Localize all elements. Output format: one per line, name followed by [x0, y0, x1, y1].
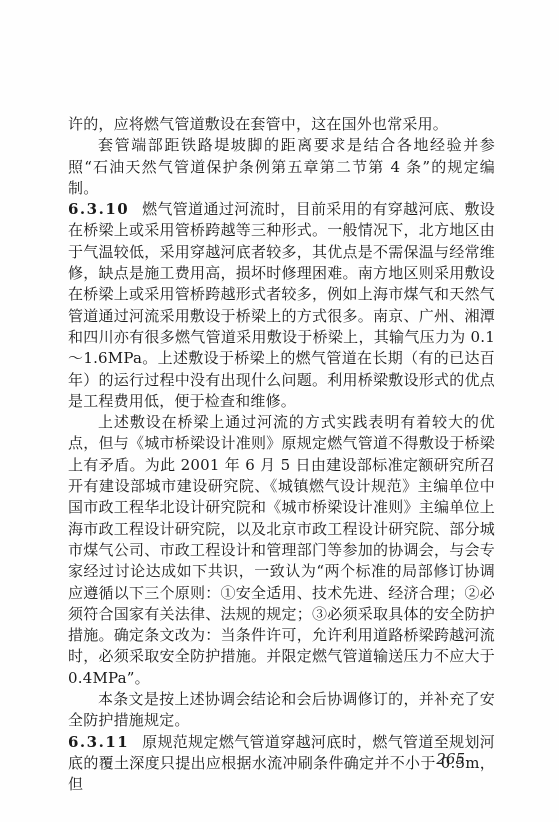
paragraph-coordination-meeting: 上述敷设在桥梁上通过河流的方式实践表明有着较大的优点，但与《城市桥梁设计准则》原…: [68, 412, 495, 689]
paragraph-casing-distance: 套管端部距铁路堤坡脚的距离要求是结合各地经验并参照“石油天然气管道保护条例第五章…: [68, 135, 495, 199]
text-block: 许的，应将燃气管道敷设在套管中，这在国外也常采用。 套管端部距铁路堤坡脚的距离要…: [68, 114, 495, 796]
clause-number-6-3-11: 6.3.11: [68, 733, 129, 751]
clause-text-6-3-11: 原规范规定燃气管道穿越河底时，燃气管道至规划河底的覆土深度只提出应根据水流冲刷条…: [68, 733, 495, 794]
paragraph-continuation: 许的，应将燃气管道敷设在套管中，这在国外也常采用。: [68, 114, 495, 135]
document-page: 许的，应将燃气管道敷设在套管中，这在国外也常采用。 套管端部距铁路堤坡脚的距离要…: [0, 0, 559, 822]
clause-number-6-3-10: 6.3.10: [68, 200, 129, 218]
page-number: 265: [436, 750, 465, 768]
clause-text-6-3-10: 燃气管道通过河流时，目前采用的有穿越河底、敷设在桥梁上或采用管桥跨越等三种形式。…: [68, 200, 495, 410]
clause-6-3-11: 6.3.11原规范规定燃气管道穿越河底时，燃气管道至规划河底的覆土深度只提出应根…: [68, 732, 495, 796]
paragraph-revision-note: 本条文是按上述协调会结论和会后协调修订的，并补充了安全防护措施规定。: [68, 689, 495, 732]
clause-6-3-10: 6.3.10燃气管道通过河流时，目前采用的有穿越河底、敷设在桥梁上或采用管桥跨越…: [68, 199, 495, 412]
